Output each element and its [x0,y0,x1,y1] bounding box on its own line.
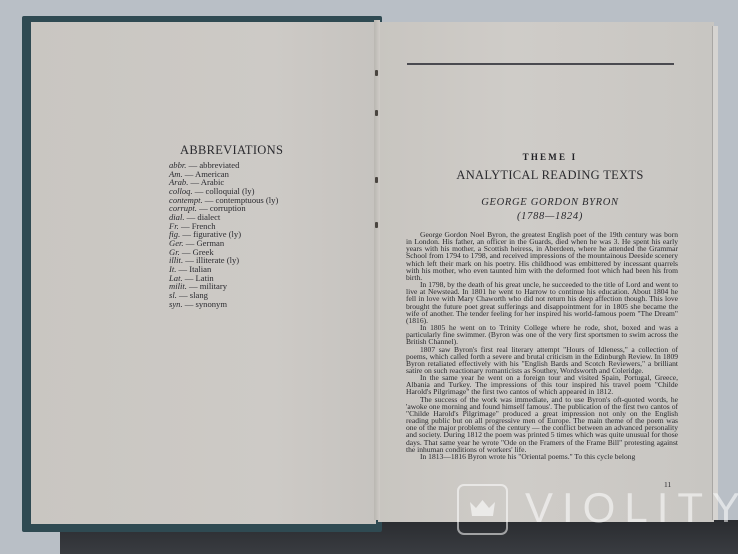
book-gutter [374,20,380,520]
section-title: ANALYTICAL READING TEXTS [420,168,680,183]
author-dates: (1788—1824) [420,210,680,224]
paragraph: George Gordon Noel Byron, the greatest E… [406,231,678,281]
author-heading: GEORGE GORDON BYRON (1788—1824) [420,196,680,224]
crown-icon [469,499,496,517]
abbreviation-item: syn. — synonym [169,300,278,309]
theme-label: THEME I [420,152,680,162]
page-edge [712,26,718,520]
binding-stitch [375,222,378,228]
abbreviation-value: synonym [196,299,228,309]
header-rule [407,63,674,65]
abbreviations-list: abbr. — abbreviated Am. — American Arab.… [169,161,278,308]
paragraph: In 1798, by the death of his great uncle… [406,281,678,324]
binding-stitch [375,70,378,76]
paragraph: In 1813—1816 Byron wrote his "Oriental p… [406,453,678,460]
body-text: George Gordon Noel Byron, the greatest E… [406,231,678,460]
abbreviation-key: syn. [169,299,183,309]
binding-stitch [375,110,378,116]
paragraph: The success of the work was immediate, a… [406,396,678,453]
paragraph: In the same year he went on a foreign to… [406,374,678,395]
author-name: GEORGE GORDON BYRON [420,196,680,210]
paragraph: 1807 saw Byron's first real literary att… [406,346,678,375]
watermark-text: VIOLITY [525,484,738,532]
abbreviations-title: ABBREVIATIONS [180,143,283,158]
separator: — [183,299,196,309]
paragraph: In 1805 he went on to Trinity College wh… [406,324,678,345]
binding-stitch [375,177,378,183]
watermark-logo [457,484,508,535]
